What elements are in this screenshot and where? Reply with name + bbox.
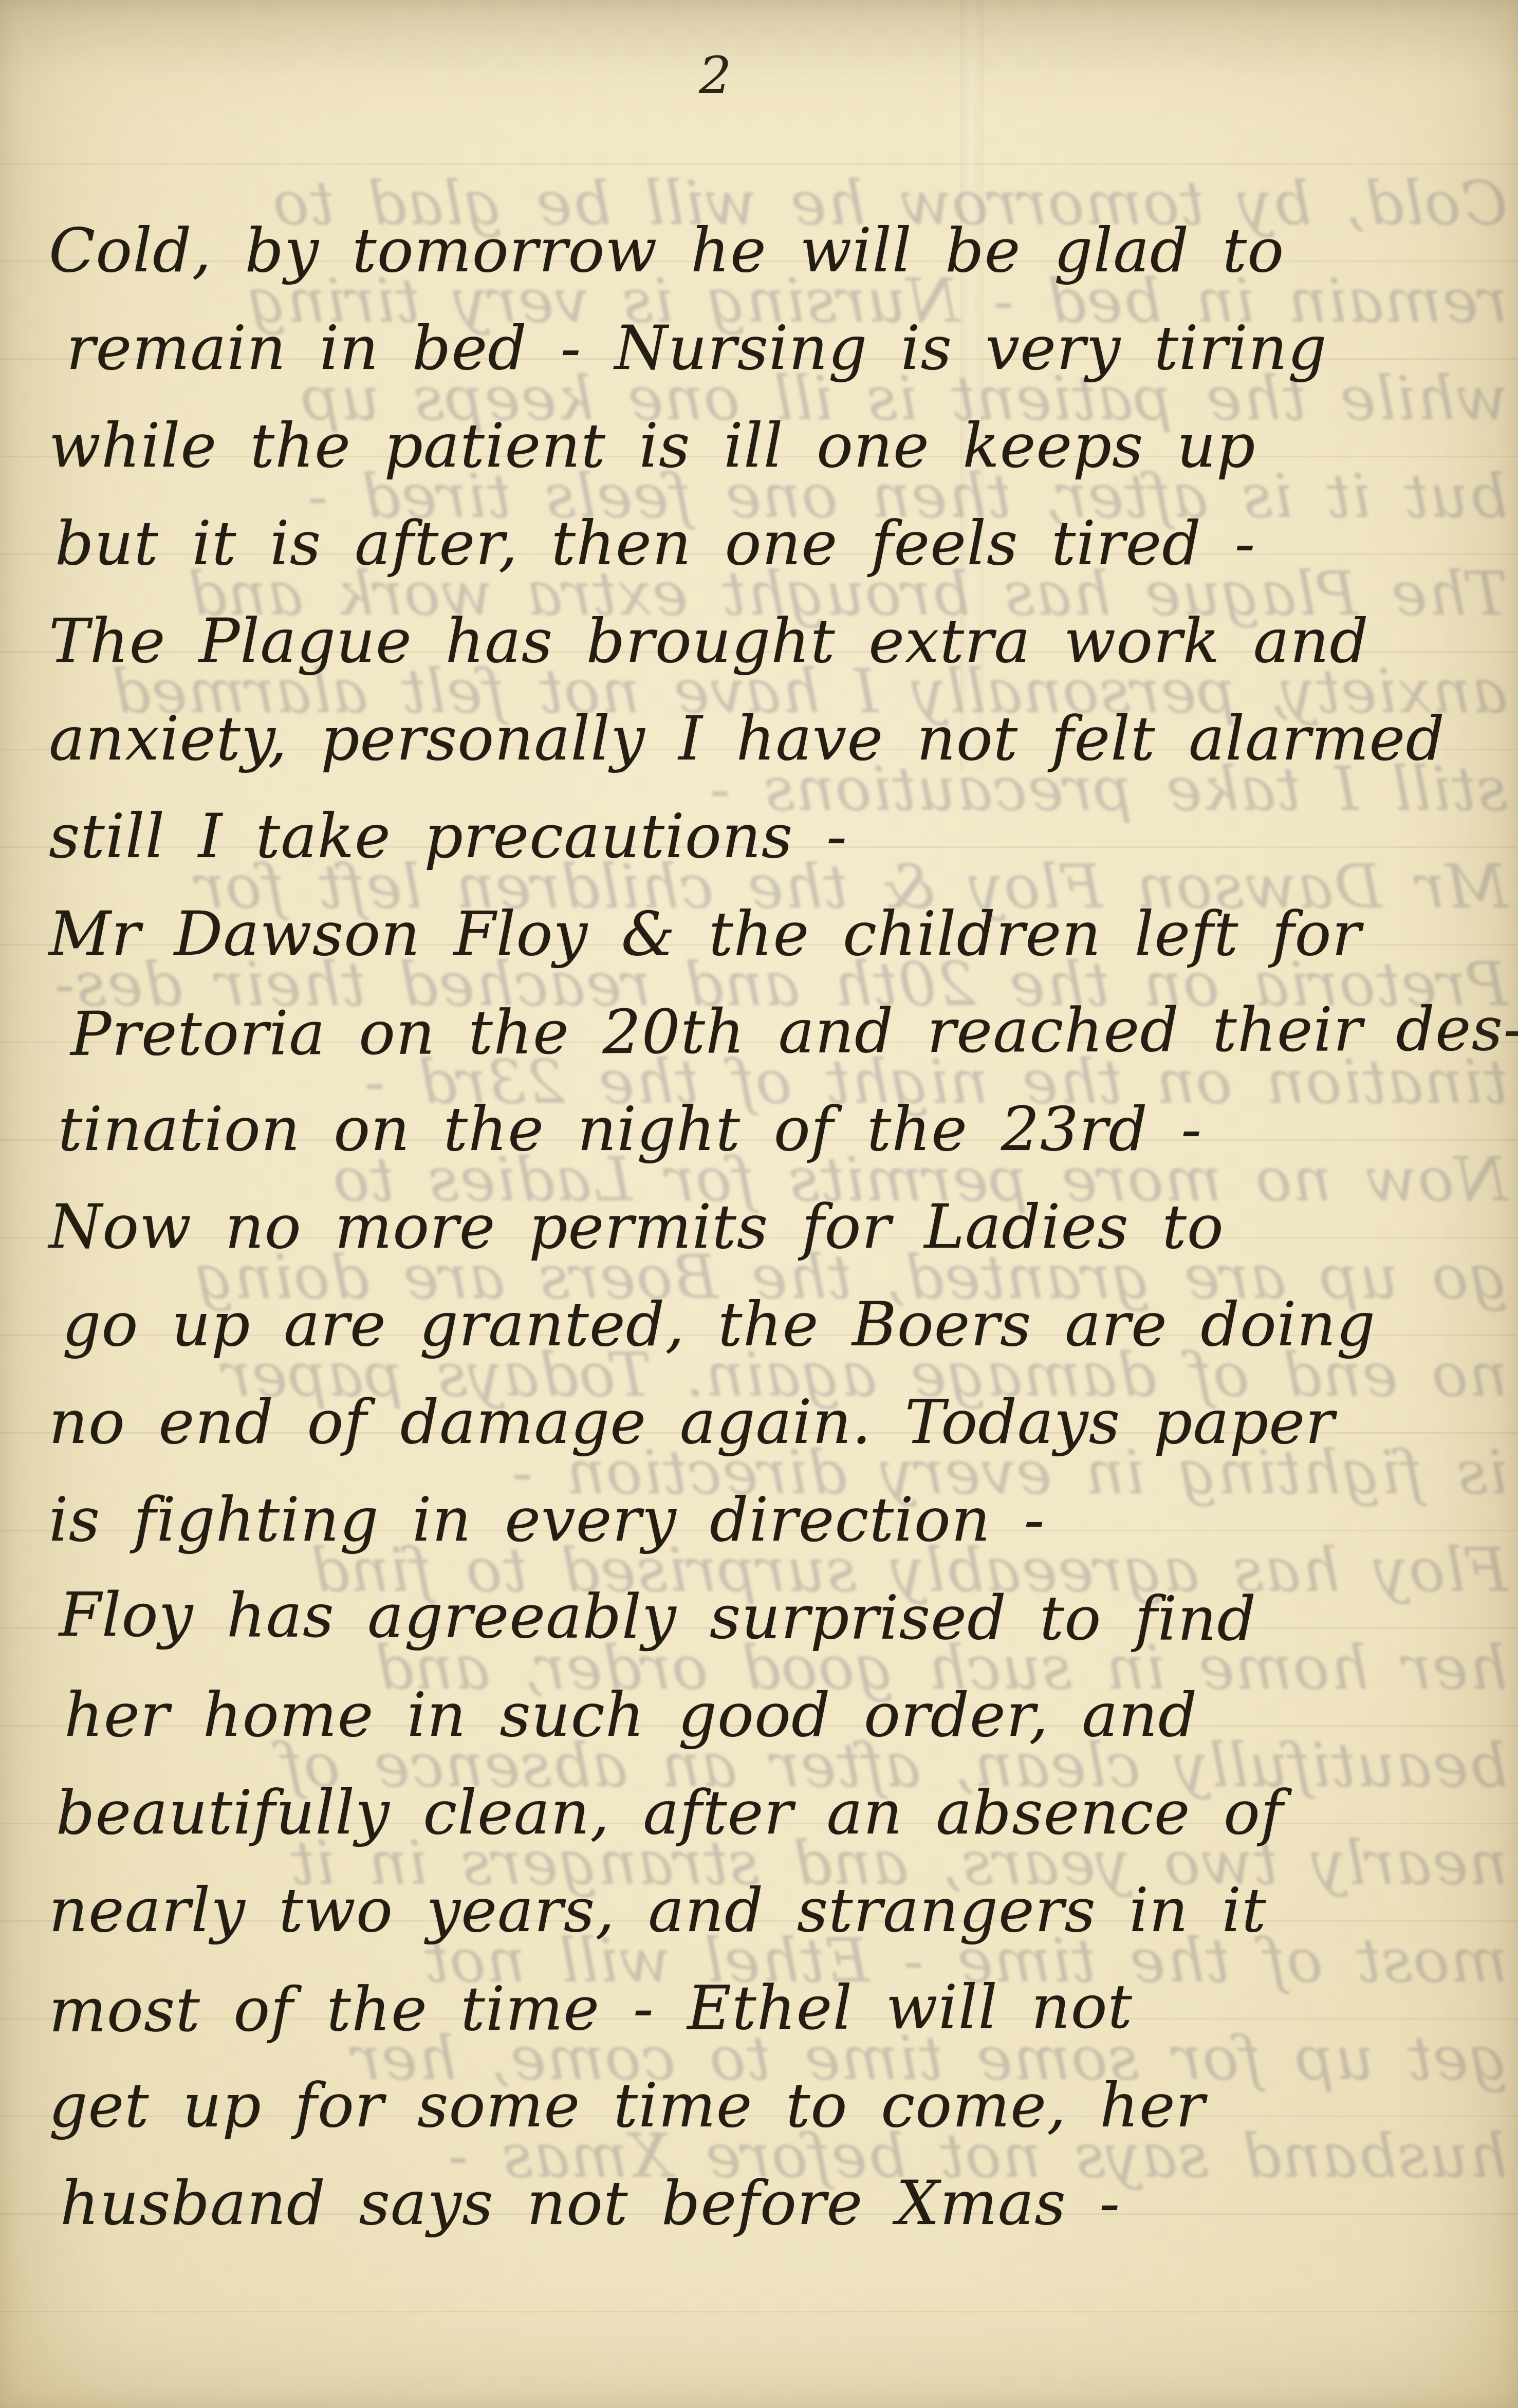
paper-edge-shading (0, 0, 1518, 77)
handwritten-line: is fighting in every direction - (49, 1471, 1508, 1568)
handwritten-line: Floy has agreeably surprised to find (59, 1566, 1508, 1669)
handwritten-line: get up for some time to come, her (49, 2057, 1508, 2154)
handwritten-line: husband says not before Xmas - (60, 2154, 1508, 2252)
handwritten-line: tination on the night of the 23rd - (58, 1080, 1508, 1178)
handwritten-line: go up are granted, the Boers are doing (62, 1275, 1508, 1373)
handwritten-line: anxiety, personally I have not felt alar… (49, 690, 1508, 787)
handwritten-line: Now no more permits for Ladies to (49, 1178, 1508, 1275)
text-layer: Cold, by tomorrow he will be glad to rem… (49, 201, 1508, 2252)
handwritten-line: still I take precautions - (49, 787, 1508, 885)
page-number: 2 (699, 45, 733, 105)
handwritten-line: beautifully clean, after an absence of (56, 1764, 1508, 1861)
handwritten-line: her home in such good order, and (64, 1666, 1508, 1764)
handwritten-line: The Plague has brought extra work and (49, 592, 1508, 690)
letter-page: Cold, by tomorrow he will be glad to rem… (0, 0, 1518, 2408)
handwritten-line: while the patient is ill one keeps up (49, 397, 1508, 494)
handwritten-line: Mr Dawson Floy & the children left for (49, 885, 1508, 983)
handwritten-line: but it is after, then one feels tired - (55, 494, 1508, 592)
handwritten-line: Cold, by tomorrow he will be glad to (49, 201, 1508, 299)
handwritten-line: nearly two years, and strangers in it (49, 1861, 1508, 1959)
handwritten-line: remain in bed - Nursing is very tiring (66, 299, 1508, 397)
handwritten-line: most of the time - Ethel will not (49, 1956, 1508, 2059)
handwritten-line: Pretoria on the 20th and reached their d… (70, 980, 1508, 1083)
handwritten-line: no end of damage again. Todays paper (49, 1373, 1508, 1471)
